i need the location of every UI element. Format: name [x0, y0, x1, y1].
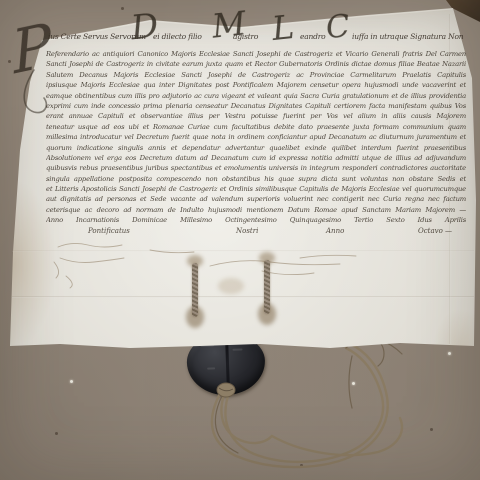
annotation-scrawl: [54, 262, 59, 278]
annotation-scrawl: [66, 276, 72, 288]
initial-swash-descender: [24, 70, 46, 113]
faded-annotation-strokes: [54, 243, 356, 288]
plica-cord-left: [192, 263, 198, 317]
annotation-scrawl: [150, 250, 194, 253]
annotation-scrawl: [58, 243, 122, 247]
photograph: P DMLC ius Certe Servus Servorumei dilec…: [0, 0, 480, 480]
annotation-scrawl: [300, 255, 356, 258]
plica-cord-right: [264, 260, 270, 314]
between-slit-stain: [218, 278, 244, 294]
faded-annotations: [0, 0, 480, 480]
annotation-scrawl: [210, 261, 340, 266]
annotation-scrawl: [60, 258, 124, 263]
